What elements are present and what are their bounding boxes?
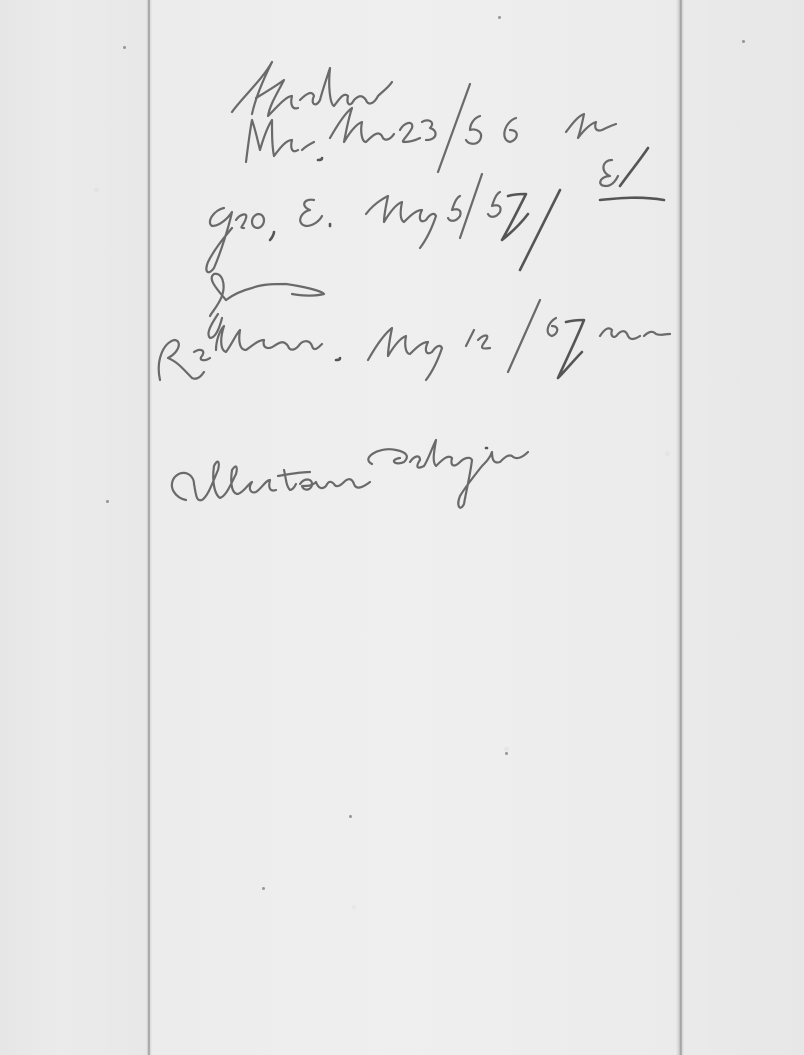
entry-3-text: Re Mav. May 12/67 mi [156,322,609,368]
handwriting-ink [0,0,804,1055]
location-text: Allentown Lehigh [168,446,507,490]
entry-2-text: Geo. E. May 5/57 Dd [206,186,604,230]
entry-1-text: Mar. Mar 23/56 Mi [244,112,608,156]
entry-3-prefix-text: Jim [206,272,266,313]
surname-text: Kuehner [230,62,403,108]
